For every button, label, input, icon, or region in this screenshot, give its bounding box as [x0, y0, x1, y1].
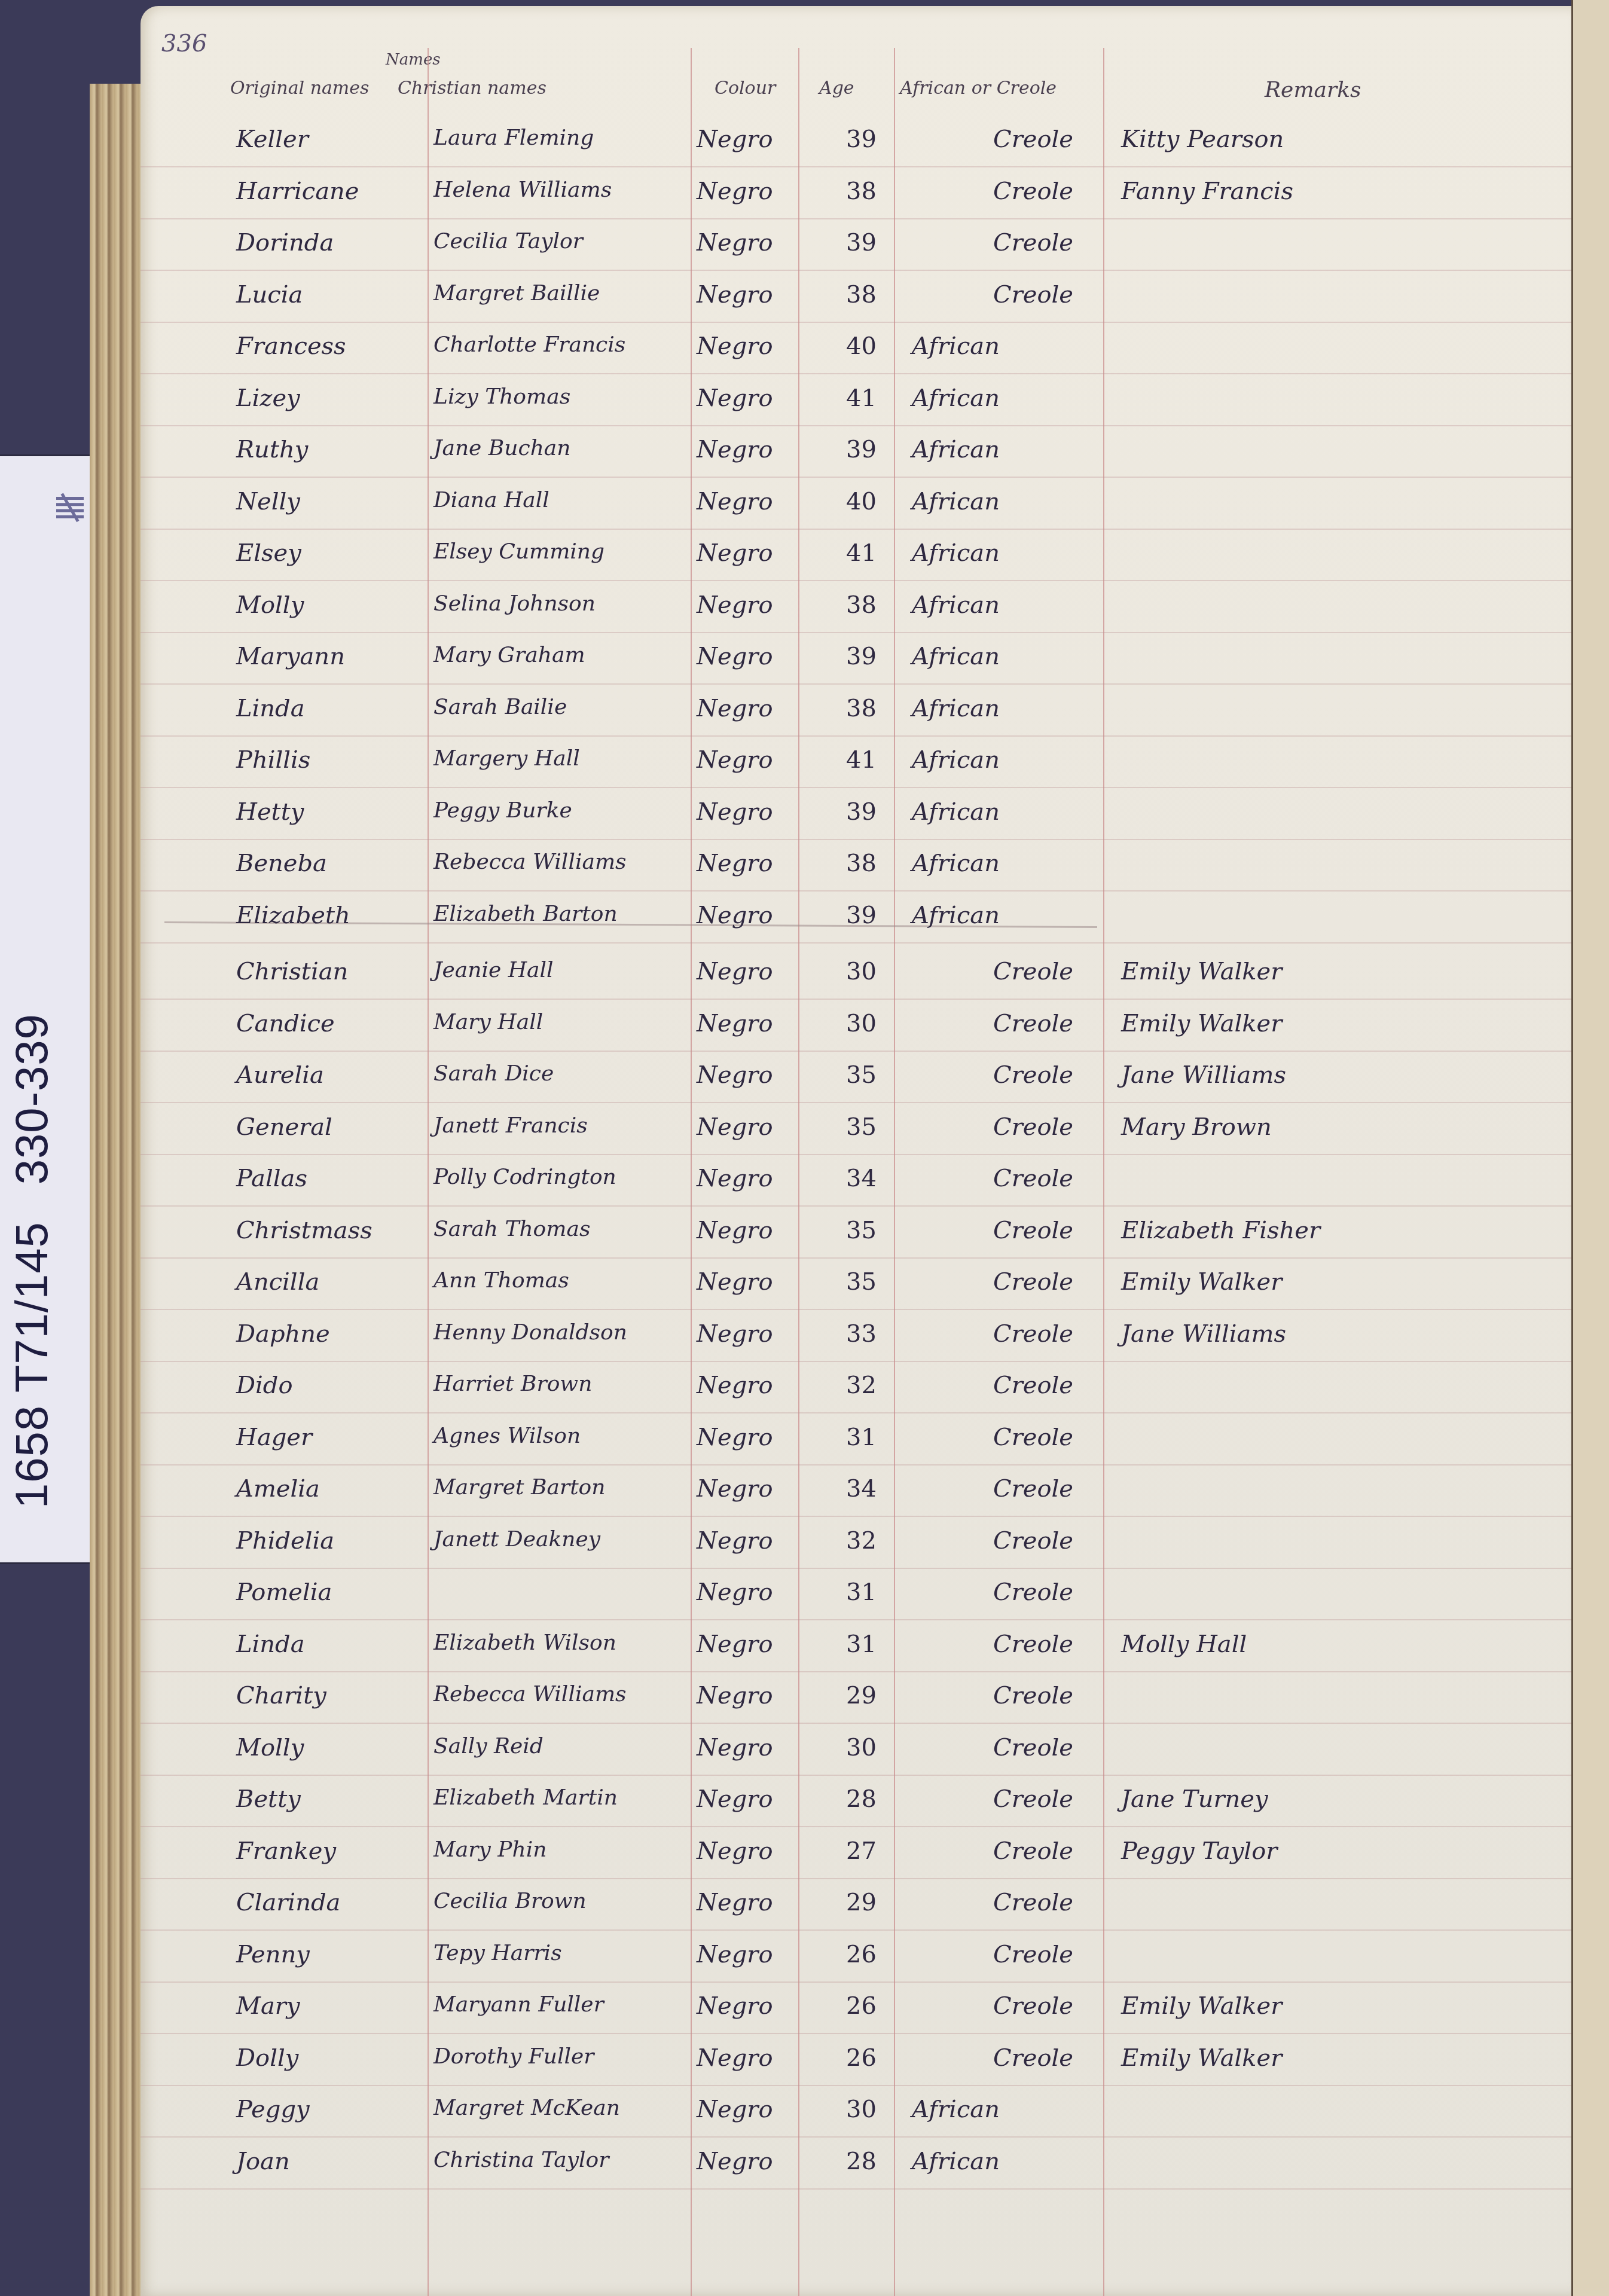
ruled-line [141, 2085, 1576, 2086]
colour: Negro [697, 1320, 816, 1348]
origin: African [912, 2148, 1091, 2175]
colour: Negro [697, 2096, 816, 2123]
colour: Negro [697, 1527, 816, 1555]
register-row: LindaSarah BailieNegro38African [141, 689, 1576, 740]
christian-name: Laura Fleming [433, 126, 685, 150]
christian-name: Elsey Cumming [433, 539, 685, 564]
colour: Negro [697, 436, 816, 463]
ruled-line [141, 529, 1576, 530]
age: 30 [846, 1734, 894, 1761]
christian-name: Jeanie Hall [433, 958, 685, 982]
christian-name: Maryann Fuller [433, 1992, 685, 2017]
colour: Negro [697, 1785, 816, 1813]
colour: Negro [697, 1217, 816, 1244]
register-row: DidoHarriet BrownNegro32Creole [141, 1366, 1576, 1417]
folio-range: 330-339 [7, 1013, 57, 1184]
original-name: Penny [236, 1941, 410, 1968]
age: 35 [846, 1113, 894, 1141]
colour: Negro [697, 1165, 816, 1192]
ruled-line [141, 477, 1576, 478]
origin: African [912, 591, 1091, 619]
origin: Creole [930, 1424, 1073, 1451]
ruled-line [141, 1671, 1576, 1672]
colour: Negro [697, 384, 816, 412]
ruled-line [141, 1154, 1576, 1155]
register-row: FrankeyMary PhinNegro27CreolePeggy Taylo… [141, 1831, 1576, 1883]
colour: Negro [697, 695, 816, 722]
ruled-line [141, 1412, 1576, 1413]
origin: African [912, 798, 1091, 826]
christian-name: Helena Williams [433, 178, 685, 202]
register-row: HettyPeggy BurkeNegro39African [141, 792, 1576, 844]
colour: Negro [697, 1372, 816, 1399]
remarks: Mary Brown [1121, 1113, 1540, 1141]
original-name: Linda [236, 1631, 410, 1658]
christian-name: Charlotte Francis [433, 332, 685, 357]
colour: Negro [697, 746, 816, 774]
colour: Negro [697, 178, 816, 205]
age: 39 [846, 229, 894, 257]
original-name: Lizey [236, 384, 410, 412]
original-name: General [236, 1113, 410, 1141]
register-row: GeneralJanett FrancisNegro35CreoleMary B… [141, 1107, 1576, 1159]
christian-name: Peggy Burke [433, 798, 685, 823]
ruled-line [141, 270, 1576, 271]
age: 30 [846, 958, 894, 985]
christian-name: Cecilia Taylor [433, 229, 685, 254]
register-row: CandiceMary HallNegro30CreoleEmily Walke… [141, 1004, 1576, 1055]
age: 26 [846, 1992, 894, 2020]
christian-name: Rebecca Williams [433, 850, 685, 874]
age: 30 [846, 1010, 894, 1037]
christian-name: Sarah Dice [433, 1061, 685, 1086]
age: 26 [846, 2044, 894, 2072]
ruled-line [141, 580, 1576, 581]
origin: Creole [930, 2044, 1073, 2072]
colour: Negro [697, 539, 816, 567]
archive-label-strip: 1658 T71/145 330-339 [0, 454, 90, 1564]
age: 31 [846, 1631, 894, 1658]
register-row: ElseyElsey CummingNegro41African [141, 533, 1576, 585]
origin: Creole [930, 1941, 1073, 1968]
origin: African [912, 488, 1091, 515]
origin: African [912, 695, 1091, 722]
christian-name: Selina Johnson [433, 591, 685, 616]
age: 35 [846, 1061, 894, 1089]
origin: Creole [930, 1475, 1073, 1503]
ruled-line [141, 787, 1576, 788]
register-row: DorindaCecilia TaylorNegro39Creole [141, 223, 1576, 274]
archive-reference-label: 1658 T71/145 330-339 [6, 990, 58, 1509]
original-name: Joan [236, 2148, 410, 2175]
register-row: HarricaneHelena WilliamsNegro38CreoleFan… [141, 172, 1576, 223]
ruled-line [141, 2188, 1576, 2190]
ruled-line [141, 2136, 1576, 2138]
original-name: Beneba [236, 850, 410, 877]
age: 29 [846, 1889, 894, 1916]
register-row: PennyTepy HarrisNegro26Creole [141, 1935, 1576, 1986]
age: 34 [846, 1475, 894, 1503]
origin: Creole [930, 229, 1073, 257]
age: 32 [846, 1527, 894, 1555]
colour: Negro [697, 2148, 816, 2175]
remarks: Molly Hall [1121, 1631, 1540, 1658]
colour: Negro [697, 591, 816, 619]
age: 41 [846, 746, 894, 774]
origin: Creole [930, 1734, 1073, 1761]
colour: Negro [697, 1268, 816, 1296]
original-name: Peggy [236, 2096, 410, 2123]
ruled-line [141, 1361, 1576, 1362]
origin: Creole [930, 1992, 1073, 2020]
register-row: PomeliaNegro31Creole [141, 1573, 1576, 1624]
christian-name: Elizabeth Wilson [433, 1631, 685, 1655]
original-name: Christmass [236, 1217, 410, 1244]
original-name: Daphne [236, 1320, 410, 1348]
original-name: Molly [236, 591, 410, 619]
age: 40 [846, 332, 894, 360]
ruled-line [141, 942, 1576, 944]
origin: Creole [930, 281, 1073, 309]
origin: Creole [930, 178, 1073, 205]
origin: African [912, 2096, 1091, 2123]
ruled-line [141, 1051, 1576, 1052]
colour: Negro [697, 1424, 816, 1451]
christian-name: Rebecca Williams [433, 1682, 685, 1706]
ruled-line [141, 425, 1576, 426]
origin: Creole [930, 1837, 1073, 1865]
christian-name: Mary Hall [433, 1010, 685, 1034]
register-row: PhillisMargery HallNegro41African [141, 740, 1576, 792]
ruled-line [141, 373, 1576, 374]
original-name: Ancilla [236, 1268, 410, 1296]
register-page: 336 Names Original names Christian names… [141, 6, 1576, 2296]
original-name: Molly [236, 1734, 410, 1761]
original-name: Betty [236, 1785, 410, 1813]
original-name: Dorinda [236, 229, 410, 257]
ruled-line [141, 999, 1576, 1000]
ruled-line [141, 1775, 1576, 1776]
register-row: JoanChristina TaylorNegro28African [141, 2142, 1576, 2193]
origin: African [912, 902, 1091, 929]
age: 35 [846, 1268, 894, 1296]
ruled-line [141, 1309, 1576, 1310]
original-name: Lucia [236, 281, 410, 309]
ruled-line [141, 2033, 1576, 2034]
colour: Negro [697, 2044, 816, 2072]
header-age: Age [819, 78, 854, 99]
age: 38 [846, 591, 894, 619]
christian-name: Diana Hall [433, 488, 685, 512]
colour: Negro [697, 281, 816, 309]
header-remarks: Remarks [1265, 78, 1361, 102]
original-name: Nelly [236, 488, 410, 515]
colour: Negro [697, 850, 816, 877]
remarks: Elizabeth Fisher [1121, 1217, 1540, 1244]
colour: Negro [697, 798, 816, 826]
colour: Negro [697, 958, 816, 985]
colour: Negro [697, 488, 816, 515]
christian-name: Margery Hall [433, 746, 685, 771]
christian-name: Sarah Bailie [433, 695, 685, 719]
age: 40 [846, 488, 894, 515]
origin: Creole [930, 1785, 1073, 1813]
register-row: FrancessCharlotte FrancisNegro40African [141, 326, 1576, 378]
age: 31 [846, 1578, 894, 1606]
archive-reference: 1658 T71/145 [7, 1222, 57, 1509]
age: 38 [846, 281, 894, 309]
christian-name: Christina Taylor [433, 2148, 685, 2172]
register-row: KellerLaura FlemingNegro39CreoleKitty Pe… [141, 120, 1576, 171]
christian-name: Janett Deakney [433, 1527, 685, 1552]
page-edges [90, 84, 144, 2296]
register-row: MollySally ReidNegro30Creole [141, 1728, 1576, 1779]
origin: Creole [930, 126, 1073, 153]
age: 35 [846, 1217, 894, 1244]
age: 38 [846, 178, 894, 205]
ruled-line [141, 632, 1576, 633]
christian-name: Dorothy Fuller [433, 2044, 685, 2069]
original-name: Amelia [236, 1475, 410, 1503]
origin: Creole [930, 1217, 1073, 1244]
age: 39 [846, 902, 894, 929]
colour: Negro [697, 1631, 816, 1658]
christian-name: Tepy Harris [433, 1941, 685, 1965]
register-row: NellyDiana HallNegro40African [141, 482, 1576, 533]
age: 33 [846, 1320, 894, 1348]
original-name: Frankey [236, 1837, 410, 1865]
christian-name: Sarah Thomas [433, 1217, 685, 1241]
colour: Negro [697, 1010, 816, 1037]
age: 39 [846, 126, 894, 153]
register-row: DollyDorothy FullerNegro26CreoleEmily Wa… [141, 2038, 1576, 2090]
original-name: Hager [236, 1424, 410, 1451]
header-african-or-creole: African or Creole [900, 78, 1057, 99]
ruled-line [141, 1723, 1576, 1724]
age: 38 [846, 850, 894, 877]
remarks: Jane Turney [1121, 1785, 1540, 1813]
age: 30 [846, 2096, 894, 2123]
ruled-line [141, 735, 1576, 737]
age: 39 [846, 643, 894, 670]
original-name: Elsey [236, 539, 410, 567]
christian-name: Margret Baillie [433, 281, 685, 306]
origin: African [912, 746, 1091, 774]
christian-name: Mary Phin [433, 1837, 685, 1862]
christian-name: Margret McKean [433, 2096, 685, 2120]
register-row: ChristianJeanie HallNegro30CreoleEmily W… [141, 952, 1576, 1003]
register-row: AureliaSarah DiceNegro35CreoleJane Willi… [141, 1055, 1576, 1107]
original-name: Candice [236, 1010, 410, 1037]
register-row: LuciaMargret BaillieNegro38Creole [141, 275, 1576, 326]
colour: Negro [697, 1682, 816, 1709]
colour: Negro [697, 1992, 816, 2020]
ruled-line [141, 1205, 1576, 1207]
colour: Negro [697, 1578, 816, 1606]
remarks: Emily Walker [1121, 958, 1540, 985]
original-name: Francess [236, 332, 410, 360]
register-row: DaphneHenny DonaldsonNegro33CreoleJane W… [141, 1314, 1576, 1366]
origin: Creole [930, 1061, 1073, 1089]
original-name: Maryann [236, 643, 410, 670]
original-name: Pomelia [236, 1578, 410, 1606]
colour: Negro [697, 1061, 816, 1089]
register-row: ChristmassSarah ThomasNegro35CreoleEliza… [141, 1211, 1576, 1262]
colour: Negro [697, 1113, 816, 1141]
remarks: Emily Walker [1121, 1268, 1540, 1296]
age: 39 [846, 798, 894, 826]
ruled-line [141, 1929, 1576, 1931]
ruled-line [141, 1257, 1576, 1259]
register-row: PhideliaJanett DeakneyNegro32Creole [141, 1521, 1576, 1573]
age: 41 [846, 384, 894, 412]
original-name: Aurelia [236, 1061, 410, 1089]
ruled-line [141, 839, 1576, 840]
ruled-line [141, 1619, 1576, 1620]
colour: Negro [697, 229, 816, 257]
origin: Creole [930, 1578, 1073, 1606]
ruled-line [141, 218, 1576, 219]
ruled-line [141, 1102, 1576, 1103]
remarks: Emily Walker [1121, 1010, 1540, 1037]
christian-name: Janett Francis [433, 1113, 685, 1138]
age: 39 [846, 436, 894, 463]
original-name: Charity [236, 1682, 410, 1709]
colour: Negro [697, 1941, 816, 1968]
header-names-group: Names [386, 51, 441, 69]
origin: African [912, 850, 1091, 877]
register-row: AmeliaMargret BartonNegro34Creole [141, 1469, 1576, 1521]
origin: African [912, 384, 1091, 412]
register-row: LindaElizabeth WilsonNegro31CreoleMolly … [141, 1625, 1576, 1676]
christian-name: Ann Thomas [433, 1268, 685, 1293]
original-name: Christian [236, 958, 410, 985]
register-row: CharityRebecca WilliamsNegro29Creole [141, 1676, 1576, 1727]
ruled-line [141, 683, 1576, 685]
origin: African [912, 332, 1091, 360]
register-row: BettyElizabeth MartinNegro28CreoleJane T… [141, 1779, 1576, 1831]
remarks: Jane Williams [1121, 1320, 1540, 1348]
origin: Creole [930, 1682, 1073, 1709]
ruled-line [141, 1516, 1576, 1517]
ruled-line [141, 1981, 1576, 1983]
tally-marks: 𝍸 || [44, 469, 91, 523]
original-name: Dolly [236, 2044, 410, 2072]
register-row: ElizabethElizabeth BartonNegro39African [141, 896, 1576, 947]
original-name: Harricane [236, 178, 410, 205]
colour: Negro [697, 126, 816, 153]
origin: African [912, 539, 1091, 567]
page-number: 336 [161, 30, 207, 57]
register-row: BenebaRebecca WilliamsNegro38African [141, 844, 1576, 895]
register-row: RuthyJane BuchanNegro39African [141, 430, 1576, 481]
origin: African [912, 643, 1091, 670]
register-row: LizeyLizy ThomasNegro41African [141, 378, 1576, 430]
age: 28 [846, 2148, 894, 2175]
original-name: Pallas [236, 1165, 410, 1192]
christian-name: Agnes Wilson [433, 1424, 685, 1448]
colour: Negro [697, 1889, 816, 1916]
colour: Negro [697, 1837, 816, 1865]
register-row: AncillaAnn ThomasNegro35CreoleEmily Walk… [141, 1262, 1576, 1314]
original-name: Linda [236, 695, 410, 722]
origin: Creole [930, 1268, 1073, 1296]
age: 29 [846, 1682, 894, 1709]
remarks: Kitty Pearson [1121, 126, 1540, 153]
age: 28 [846, 1785, 894, 1813]
original-name: Ruthy [236, 436, 410, 463]
register-row: HagerAgnes WilsonNegro31Creole [141, 1418, 1576, 1469]
original-name: Hetty [236, 798, 410, 826]
age: 31 [846, 1424, 894, 1451]
register-row: PeggyMargret McKeanNegro30African [141, 2090, 1576, 2141]
age: 32 [846, 1372, 894, 1399]
original-name: Elizabeth [236, 902, 410, 929]
origin: Creole [930, 1527, 1073, 1555]
original-name: Keller [236, 126, 410, 153]
remarks: Jane Williams [1121, 1061, 1540, 1089]
christian-name: Harriet Brown [433, 1372, 685, 1396]
colour: Negro [697, 1734, 816, 1761]
age: 38 [846, 695, 894, 722]
ruled-line [141, 166, 1576, 167]
ruled-line [141, 1464, 1576, 1465]
table-header: Names Original names Christian names Col… [141, 66, 1576, 114]
remarks: Emily Walker [1121, 2044, 1540, 2072]
age: 34 [846, 1165, 894, 1192]
colour: Negro [697, 332, 816, 360]
remarks: Fanny Francis [1121, 178, 1540, 205]
origin: Creole [930, 1165, 1073, 1192]
origin: Creole [930, 1113, 1073, 1141]
christian-name: Mary Graham [433, 643, 685, 667]
header-original-names: Original names [230, 78, 369, 99]
register-row: MollySelina JohnsonNegro38African [141, 585, 1576, 637]
age: 27 [846, 1837, 894, 1865]
origin: Creole [930, 1010, 1073, 1037]
original-name: Clarinda [236, 1889, 410, 1916]
remarks: Peggy Taylor [1121, 1837, 1540, 1865]
age: 41 [846, 539, 894, 567]
origin: African [912, 436, 1091, 463]
christian-name: Jane Buchan [433, 436, 685, 460]
ruled-line [141, 1568, 1576, 1569]
ruled-line [141, 322, 1576, 323]
christian-name: Henny Donaldson [433, 1320, 685, 1345]
christian-name: Elizabeth Barton [433, 902, 685, 926]
christian-name: Margret Barton [433, 1475, 685, 1500]
ruled-line [141, 890, 1576, 891]
origin: Creole [930, 1631, 1073, 1658]
ruled-line [141, 1826, 1576, 1827]
header-christian-names: Christian names [398, 78, 546, 99]
christian-name: Sally Reid [433, 1734, 685, 1758]
origin: Creole [930, 1889, 1073, 1916]
origin: Creole [930, 958, 1073, 985]
register-row: MaryMaryann FullerNegro26CreoleEmily Wal… [141, 1986, 1576, 2038]
register-row: MaryannMary GrahamNegro39African [141, 637, 1576, 688]
colour: Negro [697, 1475, 816, 1503]
remarks: Emily Walker [1121, 1992, 1540, 2020]
christian-name: Cecilia Brown [433, 1889, 685, 1913]
christian-name: Polly Codrington [433, 1165, 685, 1189]
original-name: Dido [236, 1372, 410, 1399]
colour: Negro [697, 902, 816, 929]
original-name: Phidelia [236, 1527, 410, 1555]
register-row: PallasPolly CodringtonNegro34Creole [141, 1159, 1576, 1210]
ruled-line [141, 1878, 1576, 1879]
register-row: ClarindaCecilia BrownNegro29Creole [141, 1883, 1576, 1934]
